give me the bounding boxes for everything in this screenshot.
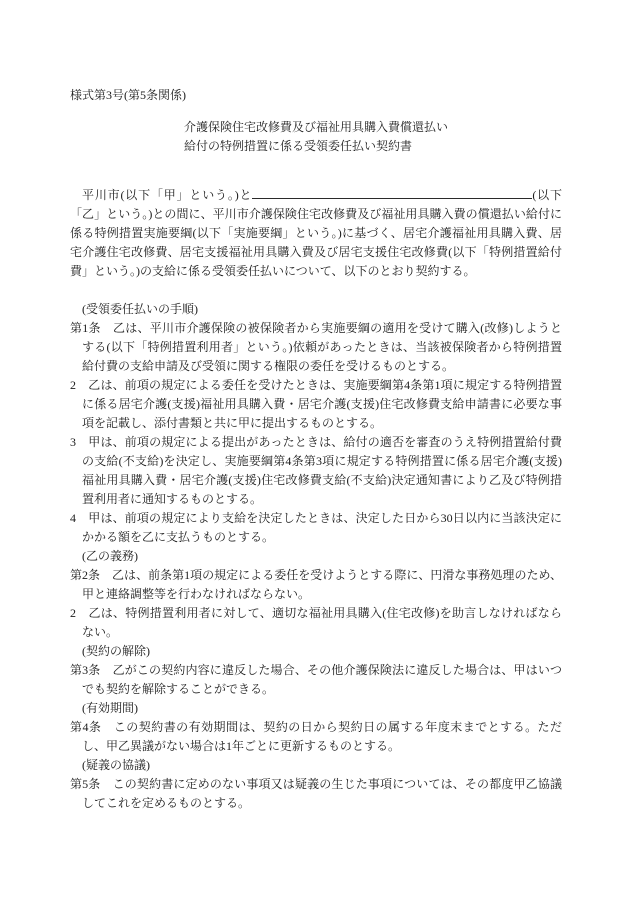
form-number: 様式第3号(第5条関係)	[70, 86, 562, 105]
section-heading-consultation: (疑義の協議)	[70, 756, 562, 775]
article-3: 第3条 乙がこの契約内容に違反した場合、その他介護保険法に違反した場合は、甲はい…	[70, 661, 562, 699]
preamble-text-before-blank: 平川市(以下「甲」という。)と	[82, 188, 252, 202]
section-heading-party-b-obligations: (乙の義務)	[70, 547, 562, 566]
article-1-item-2: 2 乙は、前項の規定による委任を受けたときは、実施要綱第4条第1項に規定する特例…	[70, 376, 562, 433]
preamble-paragraph: 平川市(以下「甲」という。)と(以下「乙」という。)との間に、平川市介護保険住宅…	[70, 186, 562, 281]
article-4: 第4条 この契約書の有効期間は、契約の日から契約日の属する年度末までとする。ただ…	[70, 718, 562, 756]
section-heading-termination: (契約の解除)	[70, 642, 562, 661]
document-title-line1: 介護保険住宅改修費及び福祉用具購入費償還払い	[184, 118, 448, 137]
article-1-item-4: 4 甲は、前項の規定により支給を決定したときは、決定した日から30日以内に当該決…	[70, 509, 562, 547]
document-title: 介護保険住宅改修費及び福祉用具購入費償還払い 給付の特例措置に係る受領委任払い契…	[70, 118, 562, 156]
contract-body: (受領委任払いの手順) 第1条 乙は、平川市介護保険の被保険者から実施要綱の適用…	[70, 300, 562, 813]
article-2-item-2: 2 乙は、特例措置利用者に対して、適切な福祉用具購入(住宅改修)を助言しなければ…	[70, 604, 562, 642]
contract-document-page: 様式第3号(第5条関係) 介護保険住宅改修費及び福祉用具購入費償還払い 給付の特…	[0, 0, 630, 915]
article-1: 第1条 乙は、平川市介護保険の被保険者から実施要綱の適用を受けて購入(改修)しよ…	[70, 319, 562, 376]
party-b-name-blank-underline	[252, 187, 532, 199]
article-5: 第5条 この契約書に定めのない事項又は疑義の生じた事項については、その都度甲乙協…	[70, 775, 562, 813]
section-heading-validity-period: (有効期間)	[70, 699, 562, 718]
article-1-item-3: 3 甲は、前項の規定による提出があったときは、給付の適否を審査のうえ特例措置給付…	[70, 433, 562, 509]
article-2: 第2条 乙は、前条第1項の規定による委任を受けようとする際に、円滑な事務処理のた…	[70, 566, 562, 604]
document-title-block: 介護保険住宅改修費及び福祉用具購入費償還払い 給付の特例措置に係る受領委任払い契…	[184, 118, 448, 156]
document-title-line2: 給付の特例措置に係る受領委任払い契約書	[184, 137, 448, 156]
section-heading-procedure: (受領委任払いの手順)	[70, 300, 562, 319]
